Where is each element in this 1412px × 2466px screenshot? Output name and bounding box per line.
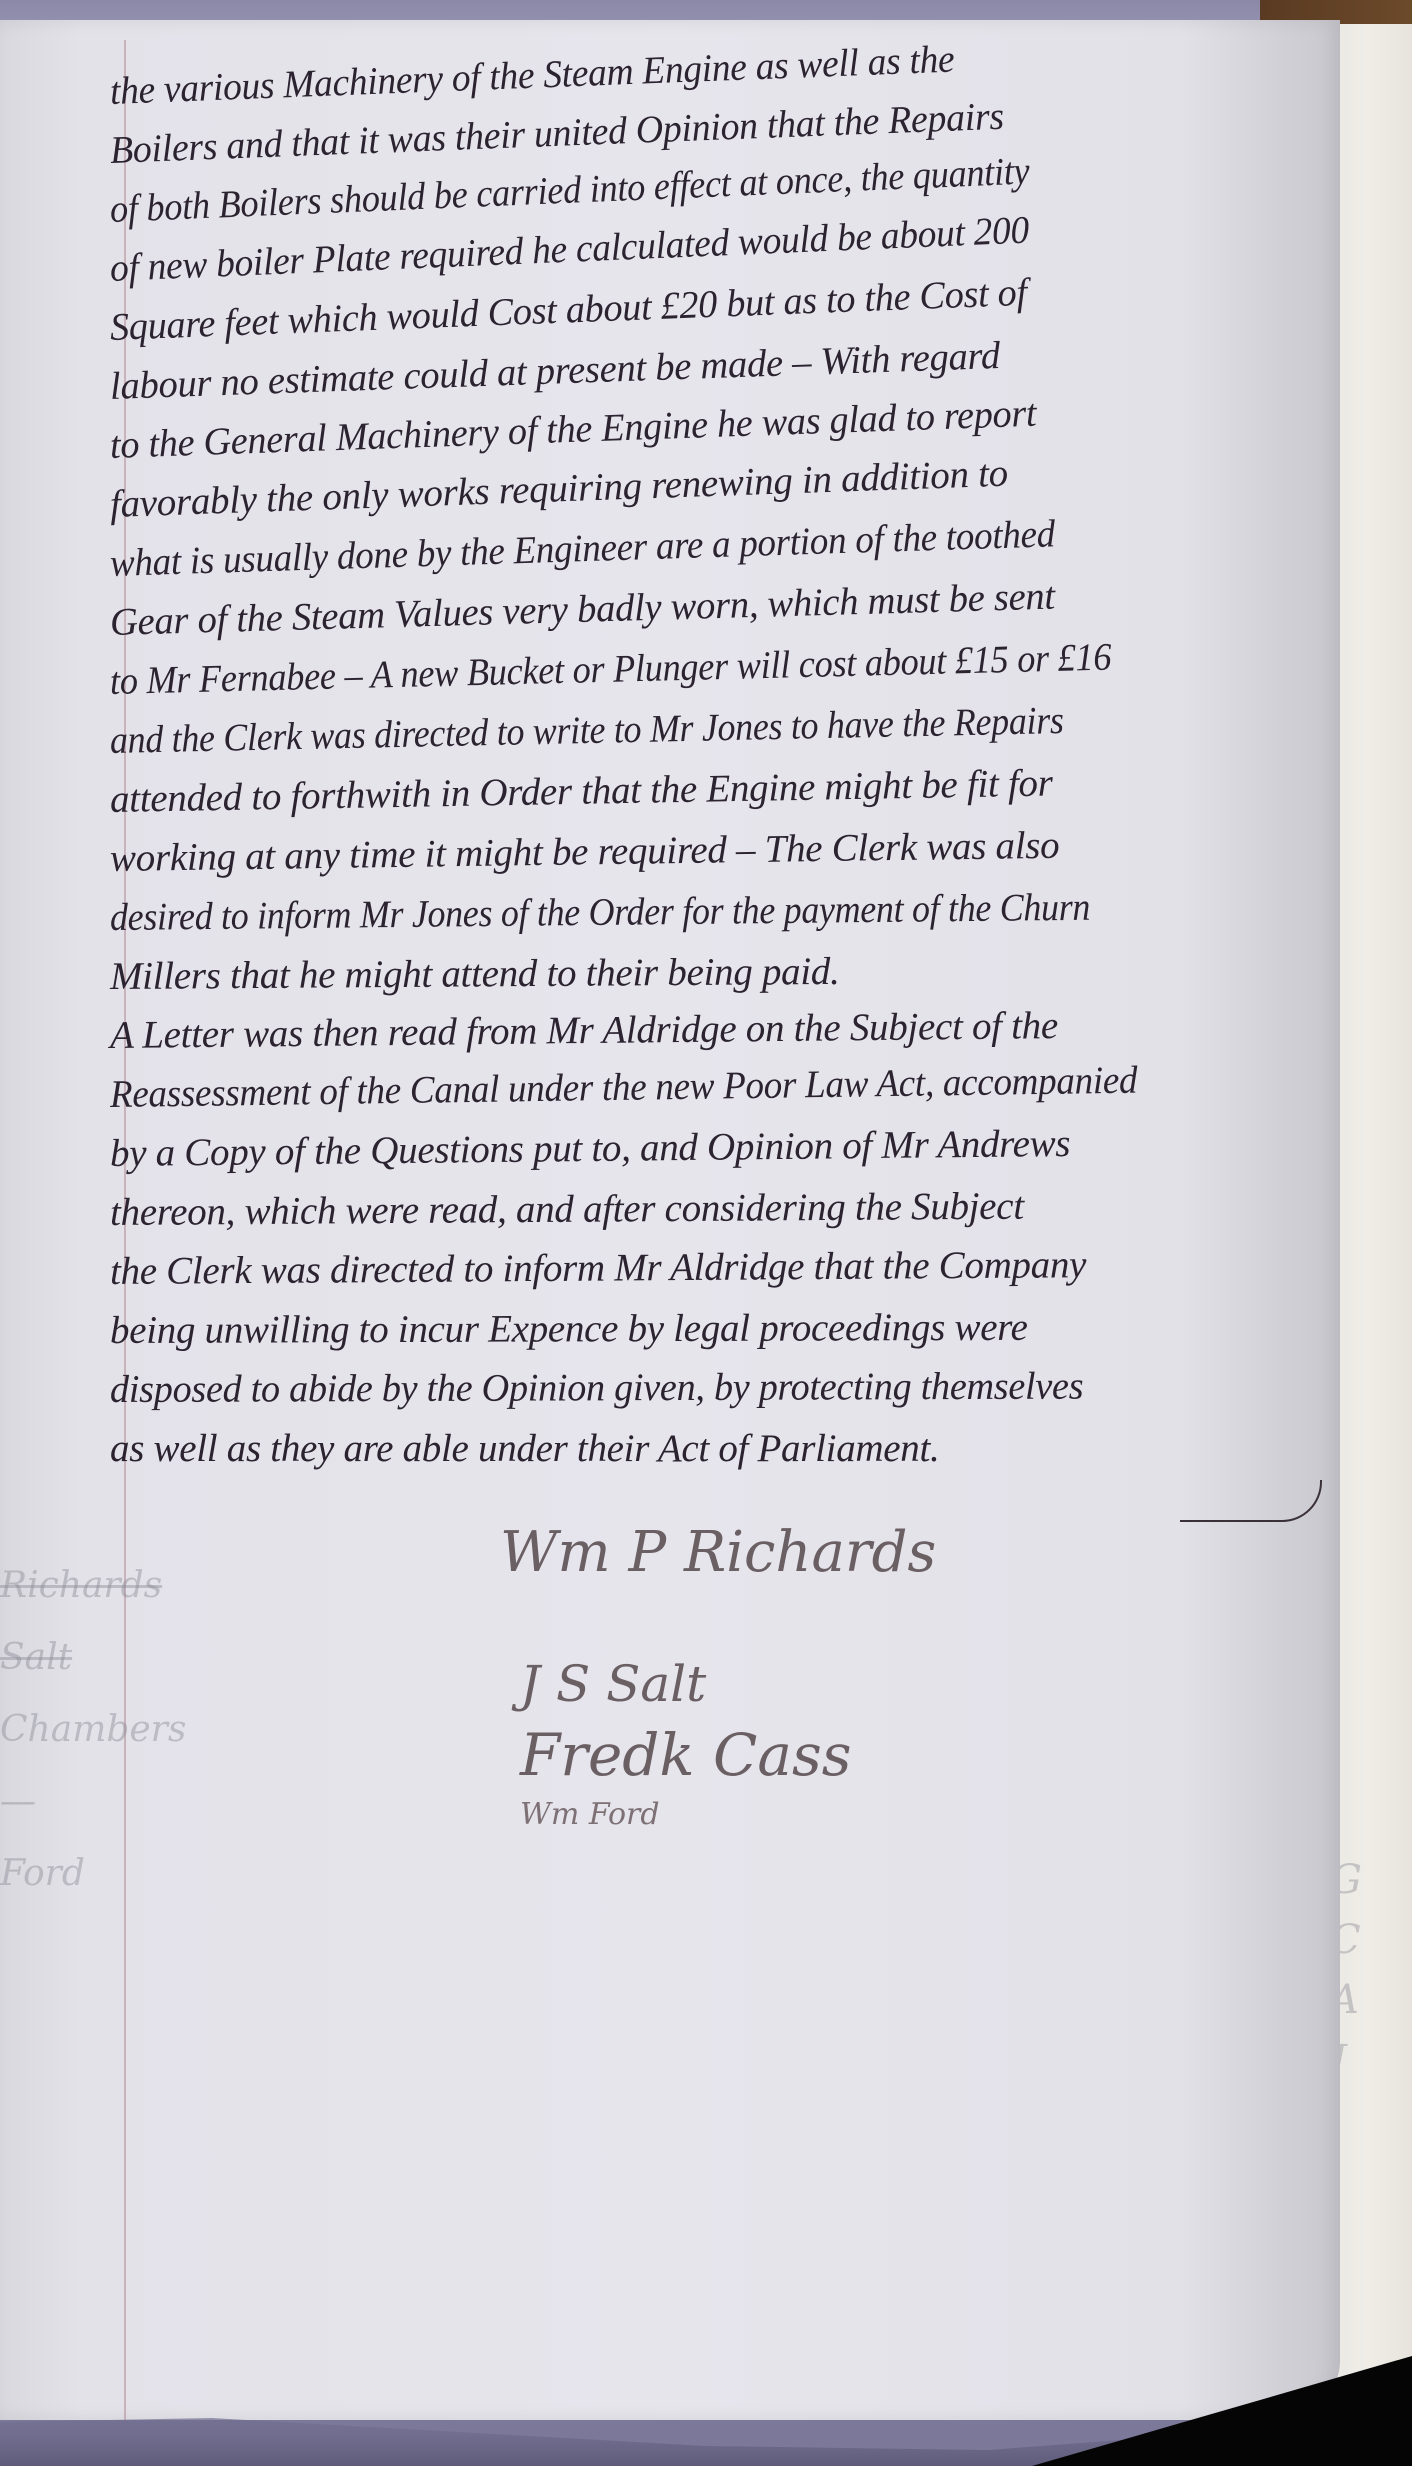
text-line: disposed to abide by the Opinion given, … [110,1356,1296,1419]
signature: Wm Ford [520,1797,1050,1832]
signature: Wm P Richards [500,1520,1050,1585]
text-line: as well as they are able under their Act… [110,1419,1320,1478]
text-line: the Clerk was directed to inform Mr Aldr… [110,1234,1320,1301]
closing-flourish [1180,1480,1322,1522]
margin-note: Richards [0,1550,190,1622]
margin-note: Salt [0,1622,190,1694]
signature-block: Wm P Richards J S Salt Fredk Cass Wm For… [490,1520,1050,1832]
margin-note: Chambers [0,1694,190,1766]
text-line: by a Copy of the Questions put to, and O… [110,1111,1321,1183]
margin-pencil-notes: Richards Salt Chambers — Ford [0,1550,190,1910]
text-line: desired to inform Mr Jones of the Order … [110,876,1224,947]
margin-note: Ford [0,1838,190,1910]
signature: Fredk Cass [520,1721,1050,1789]
signature: J S Salt [520,1655,1050,1713]
text-line: being unwilling to incur Expence by lega… [110,1297,1320,1360]
minutes-body: the various Machinery of the Steam Engin… [110,62,1320,1478]
scanned-book-photo: G C A J Richards Salt Chambers — Ford th… [0,0,1412,2466]
facing-page-faint-text: G C A J [1330,1850,1410,2170]
text-line: thereon, which were read, and after cons… [110,1175,1320,1242]
margin-note: — [0,1766,190,1838]
